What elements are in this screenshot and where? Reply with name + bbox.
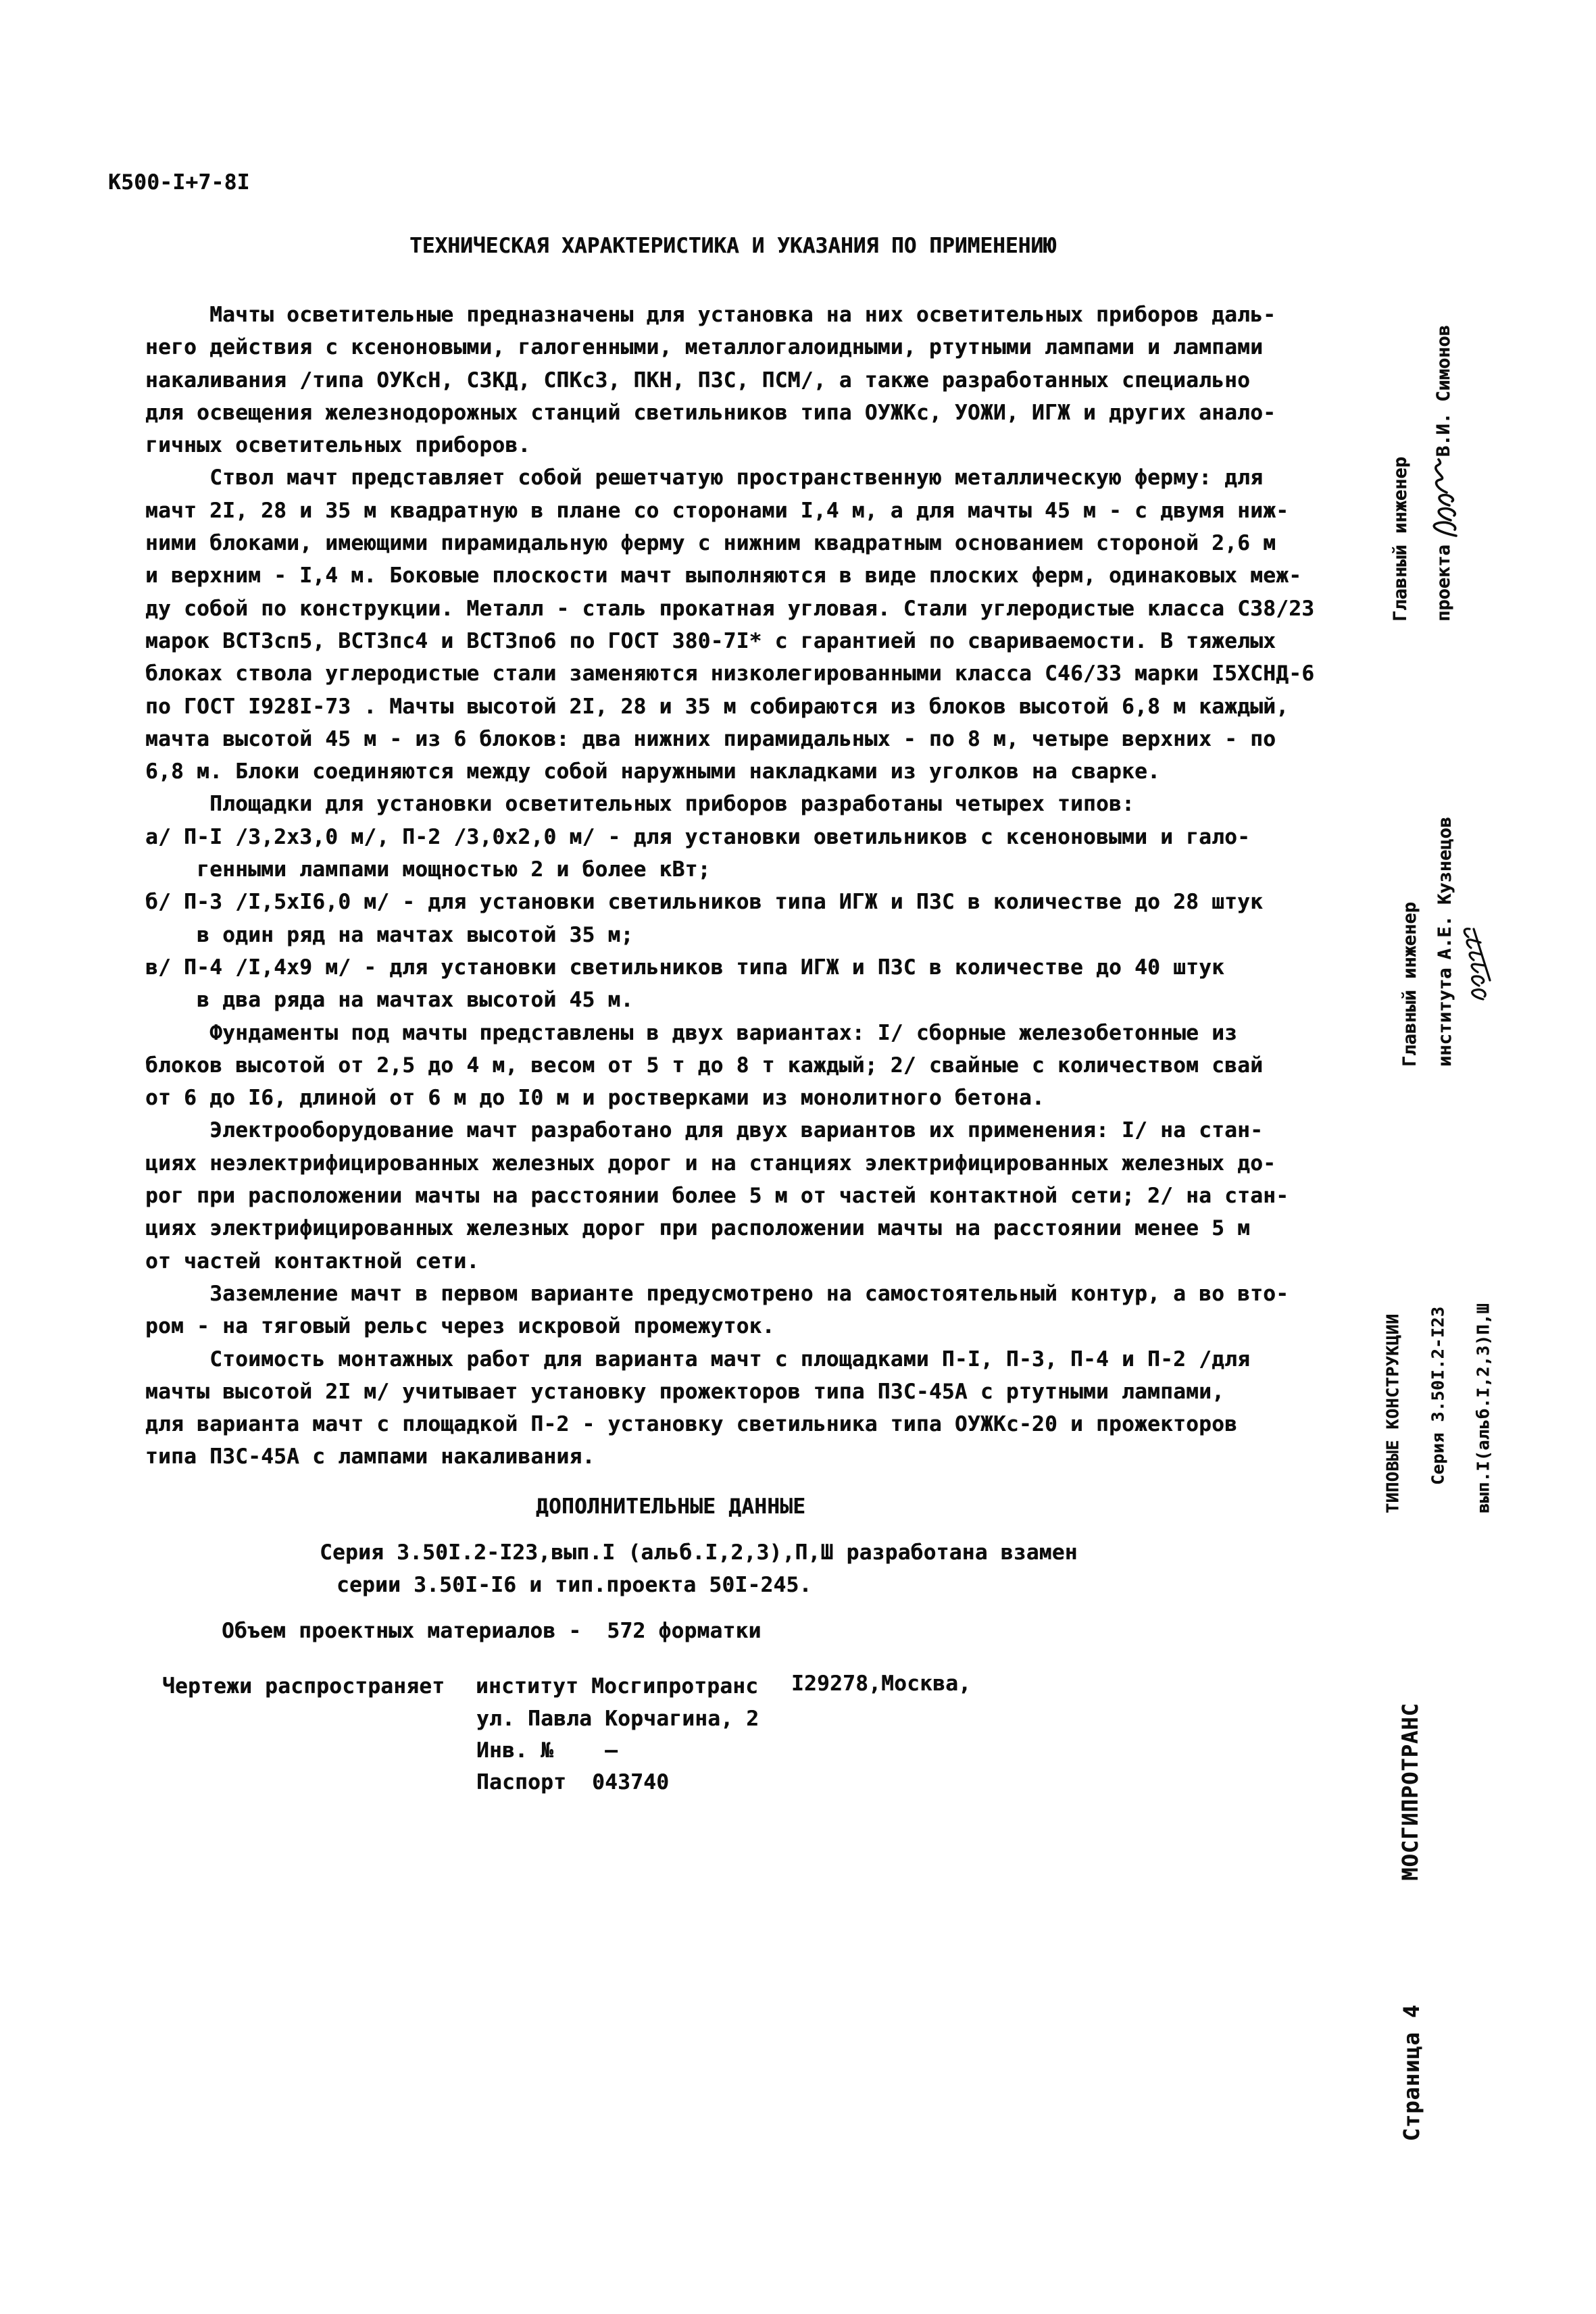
text-line: для освещения железнодорожных станций св… <box>145 397 1314 429</box>
text-line: ними блоками, имеющими пирамидальную фер… <box>145 527 1314 559</box>
stamp-line: Серия 3.50I.2-I23 <box>1416 1304 1461 1485</box>
doc-code: К500-I+7-8I <box>108 170 250 195</box>
document-page: К500-I+7-8I ТЕХНИЧЕСКАЯ ХАРАКТЕРИСТИКА И… <box>0 0 1596 2314</box>
sign-name: В.И. Симонов <box>1426 325 1462 457</box>
text-line: Электрооборудование мачт разработано для… <box>145 1114 1314 1147</box>
text-line: блоков высотой от 2,5 до 4 м, весом от 5… <box>145 1049 1314 1082</box>
text-line: типа ПЗС-45А с лампами накаливания. <box>145 1440 1314 1473</box>
text-line: Стоимость монтажных работ для варианта м… <box>145 1343 1314 1376</box>
text-line: и верхним - I,4 м. Боковые плоскости мач… <box>145 559 1314 592</box>
sign-role-line: проекта <box>1426 545 1462 622</box>
text-line: мачты высотой 2I м/ учитывает установку … <box>145 1376 1314 1408</box>
text-line: циях неэлектрифицированных железных доро… <box>145 1147 1314 1180</box>
series-line-1: Серия 3.50I.2-I23,вып.I (альб.I,2,3),П,Ш… <box>320 1540 1078 1565</box>
distribution-prefix: Чертежи распространяет <box>162 1674 445 1699</box>
text-line: Площадки для установки осветительных при… <box>145 788 1314 820</box>
text-line: а/ П-I /3,2х3,0 м/, П-2 /3,0х2,0 м/ - дл… <box>145 821 1314 853</box>
handwritten-signature-icon <box>1455 917 1495 1005</box>
body-text: Мачты осветительные предназначены для ус… <box>145 299 1314 1474</box>
text-line: Фундаменты под мачты представлены в двух… <box>145 1017 1314 1049</box>
stamp-line: ТИПОВЫЕ КОНСТРУКЦИИ <box>1370 1304 1416 1513</box>
handwritten-signature-icon <box>1418 458 1466 539</box>
inventory-line: Инв. № — <box>476 1738 618 1763</box>
text-line: него действия с ксеноновыми, галогенными… <box>145 331 1314 363</box>
text-line: генными лампами мощностью 2 и более кВт; <box>145 853 1314 886</box>
sign-role-line: Главный инженер <box>1383 345 1418 622</box>
text-line: в один ряд на мачтах высотой 35 м; <box>145 919 1314 951</box>
text-line: б/ П-3 /I,5хI6,0 м/ - для установки свет… <box>145 886 1314 918</box>
text-line: гичных осветительных приборов. <box>145 429 1314 461</box>
stamp-line: вып.I(альб.I,2,3)П,Ш <box>1461 1304 1506 1513</box>
text-line: Заземление мачт в первом варианте предус… <box>145 1278 1314 1310</box>
text-line: 6,8 м. Блоки соединяются между собой нар… <box>145 755 1314 788</box>
page-title: ТЕХНИЧЕСКАЯ ХАРАКТЕРИСТИКА И УКАЗАНИЯ ПО… <box>409 234 1056 258</box>
text-line: Ствол мачт представляет собой решетчатую… <box>145 461 1314 494</box>
text-line: Мачты осветительные предназначены для ус… <box>145 299 1314 331</box>
text-line: в два ряда на мачтах высотой 45 м. <box>145 984 1314 1016</box>
text-line: блоках ствола углеродистые стали заменяю… <box>145 657 1314 690</box>
volume-line: Объем проектных материалов - 572 форматк… <box>222 1619 762 1643</box>
section-heading: ДОПОЛНИТЕЛЬНЫЕ ДАННЫЕ <box>536 1494 805 1519</box>
text-line: для варианта мачт с площадкой П-2 - уста… <box>145 1408 1314 1440</box>
text-line: от 6 до I6, длиной от 6 м до I0 м и рост… <box>145 1082 1314 1114</box>
text-line: марок ВСТ3сп5, ВСТ3пс4 и ВСТ3по6 по ГОСТ… <box>145 625 1314 657</box>
text-line: от частей контактной сети. <box>145 1245 1314 1278</box>
address-line-2: ул. Павла Корчагина, 2 <box>476 1707 759 1731</box>
address-line-1: I29278,Москва, <box>791 1671 971 1696</box>
text-line: мачта высотой 45 м - из 6 блоков: два ни… <box>145 723 1314 755</box>
text-line: рог при расположении мачты на расстоянии… <box>145 1180 1314 1212</box>
text-line: ду собой по конструкции. Металл - сталь … <box>145 593 1314 625</box>
text-line: накаливания /типа ОУКсН, СЗКД, СПКсЗ, ПК… <box>145 364 1314 397</box>
text-line: в/ П-4 /I,4х9 м/ - для установки светиль… <box>145 951 1314 984</box>
sign-role-line: Главный инженер <box>1393 817 1428 1067</box>
text-line: ром - на тяговый рельс через искровой пр… <box>145 1310 1314 1342</box>
text-line: по ГОСТ I928I-73 . Мачты высотой 2I, 28 … <box>145 690 1314 723</box>
text-line: циях электрифицированных железных дорог … <box>145 1212 1314 1244</box>
text-line: мачт 2I, 28 и 35 м квадратную в плане со… <box>145 495 1314 527</box>
series-line-2: серии 3.50I-I6 и тип.проекта 50I-245. <box>336 1573 812 1597</box>
distribution-org: институт Мосгипротранс <box>476 1674 758 1699</box>
passport-line: Паспорт 043740 <box>476 1770 669 1794</box>
